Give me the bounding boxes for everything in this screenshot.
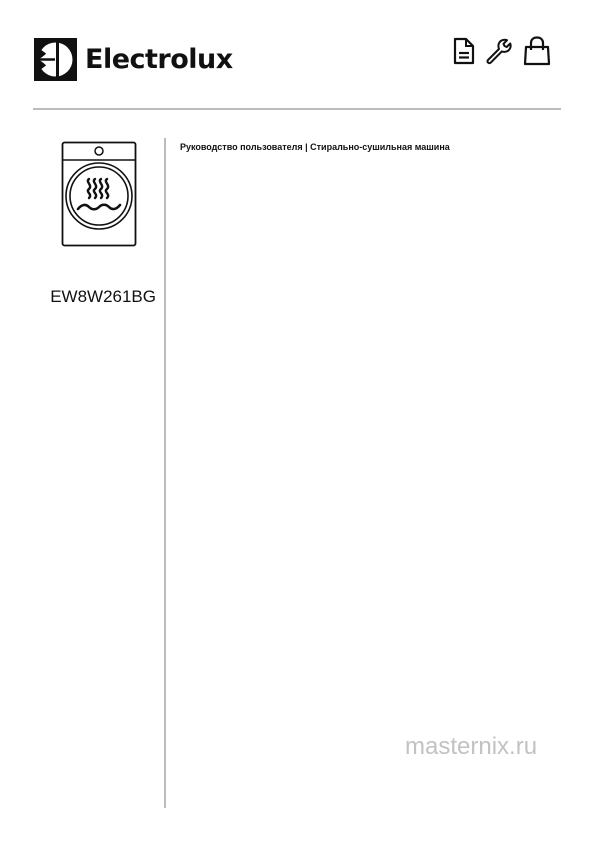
brand-wordmark: Electrolux (85, 43, 233, 76)
shopping-bag-icon[interactable] (522, 35, 552, 67)
column-divider (164, 138, 166, 808)
watermark: masternix.ru (405, 733, 537, 761)
header-icons (452, 33, 552, 69)
document-title: Руководство пользователя | Стирально-суш… (180, 142, 450, 153)
header-divider (33, 108, 561, 110)
wrench-icon[interactable] (484, 36, 514, 66)
electrolux-logo-icon (34, 38, 77, 81)
washer-dryer-icon (61, 141, 137, 247)
document-icon[interactable] (452, 36, 476, 66)
model-number: EW8W261BG (30, 287, 156, 307)
